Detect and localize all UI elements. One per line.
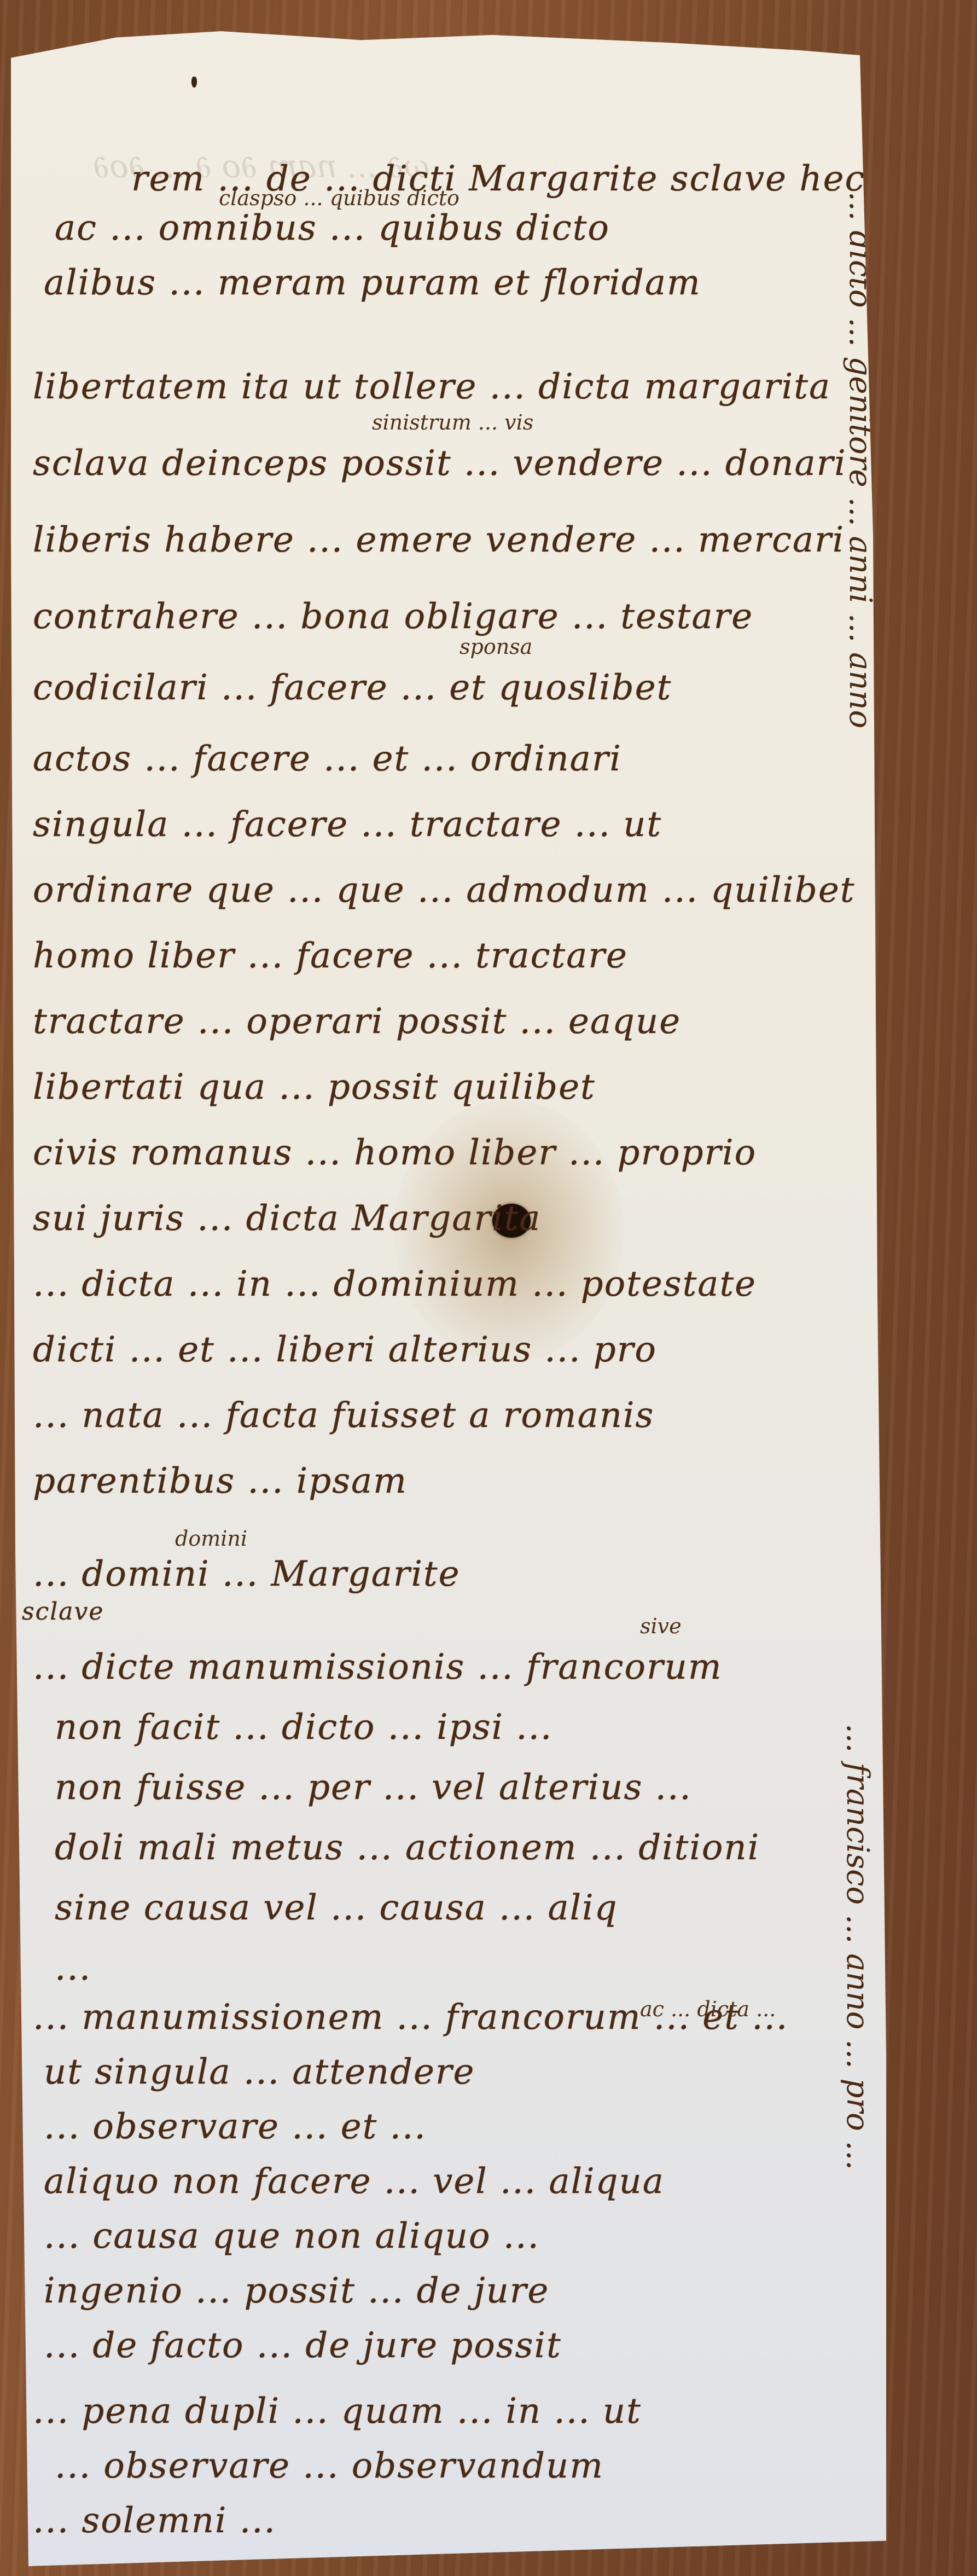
text-line-25: non fuisse ... per ... vel alterius ...	[55, 1767, 692, 1808]
text-line-24: non facit ... dicto ... ipsi ...	[55, 1707, 553, 1748]
interlinear-note-1: claspso ... quibus dicto	[219, 186, 460, 210]
text-line-22: sclave	[22, 1598, 104, 1626]
text-line-17: ... dicta ... in ... dominium ... potest…	[33, 1264, 757, 1304]
text-line-14: libertati qua ... possit quilibet	[33, 1067, 596, 1107]
text-line-4: libertatem ita ut tollere ... dicta marg…	[33, 367, 831, 407]
interlinear-note-3: sponsa	[460, 635, 532, 659]
text-line-19: ... nata ... facta fuisset a romanis	[33, 1395, 654, 1436]
text-line-32: aliquo non facere ... vel ... aliqua	[44, 2161, 665, 2202]
interlinear-note-5: domini	[175, 1527, 247, 1551]
text-line-30: ut singula ... attendere	[44, 2052, 475, 2092]
text-line-2: ac ... omnibus ... quibus dicto	[55, 208, 610, 248]
text-line-26: doli mali metus ... actionem ... ditioni	[55, 1827, 760, 1868]
manuscript-page: ω∂ ... nam ∂o ∂ ... ∂o∂ rem ... de ... d…	[11, 27, 886, 2566]
text-line-28: ...	[55, 1948, 91, 1988]
text-line-11: ordinare que ... que ... admodum ... qui…	[33, 870, 855, 910]
top-ink-mark	[191, 77, 197, 88]
text-line-31: ... observare ... et ...	[44, 2107, 427, 2147]
interlinear-note-4: sive	[640, 1614, 682, 1638]
text-line-8: codicilari ... facere ... et quoslibet	[33, 668, 672, 708]
text-line-34: ingenio ... possit ... de jure	[44, 2271, 549, 2311]
interlinear-note-6: ac ... dicta ...	[640, 1997, 776, 2021]
margin-note-lower: ... francisco ... anno ... pro ...	[840, 1724, 875, 2170]
text-line-23: ... dicte manumissionis ... francorum	[33, 1647, 723, 1687]
text-line-16: sui juris ... dicta Margarita	[33, 1198, 541, 1239]
text-line-7: contrahere ... bona obligare ... testare	[33, 596, 753, 637]
text-line-20: parentibus ... ipsam	[33, 1461, 408, 1501]
text-line-15: civis romanus ... homo liber ... proprio	[33, 1133, 757, 1173]
text-line-10: singula ... facere ... tractare ... ut	[33, 804, 662, 845]
text-line-12: homo liber ... facere ... tractare	[33, 936, 628, 976]
text-line-21: ... domini ... Margarite	[33, 1554, 461, 1594]
interlinear-note-2: sinistrum ... vis	[372, 410, 533, 434]
text-line-37: ... observare ... observandum	[55, 2446, 604, 2486]
text-line-35: ... de facto ... de jure possit	[44, 2325, 562, 2366]
text-line-38: ... solemni ...	[33, 2500, 276, 2541]
text-line-3: alibus ... meram puram et floridam	[44, 263, 701, 303]
text-line-13: tractare ... operari possit ... eaque	[33, 1001, 681, 1042]
text-line-36: ... pena dupli ... quam ... in ... ut	[33, 2391, 642, 2432]
text-line-18: dicti ... et ... liberi alterius ... pro	[33, 1330, 657, 1370]
text-line-27: sine causa vel ... causa ... aliq	[55, 1888, 618, 1928]
text-line-33: ... causa que non aliquo ...	[44, 2216, 540, 2256]
text-line-9: actos ... facere ... et ... ordinari	[33, 739, 622, 779]
text-line-6: liberis habere ... emere vendere ... mer…	[33, 520, 845, 560]
text-line-5: sclava deinceps possit ... vendere ... d…	[33, 443, 847, 484]
